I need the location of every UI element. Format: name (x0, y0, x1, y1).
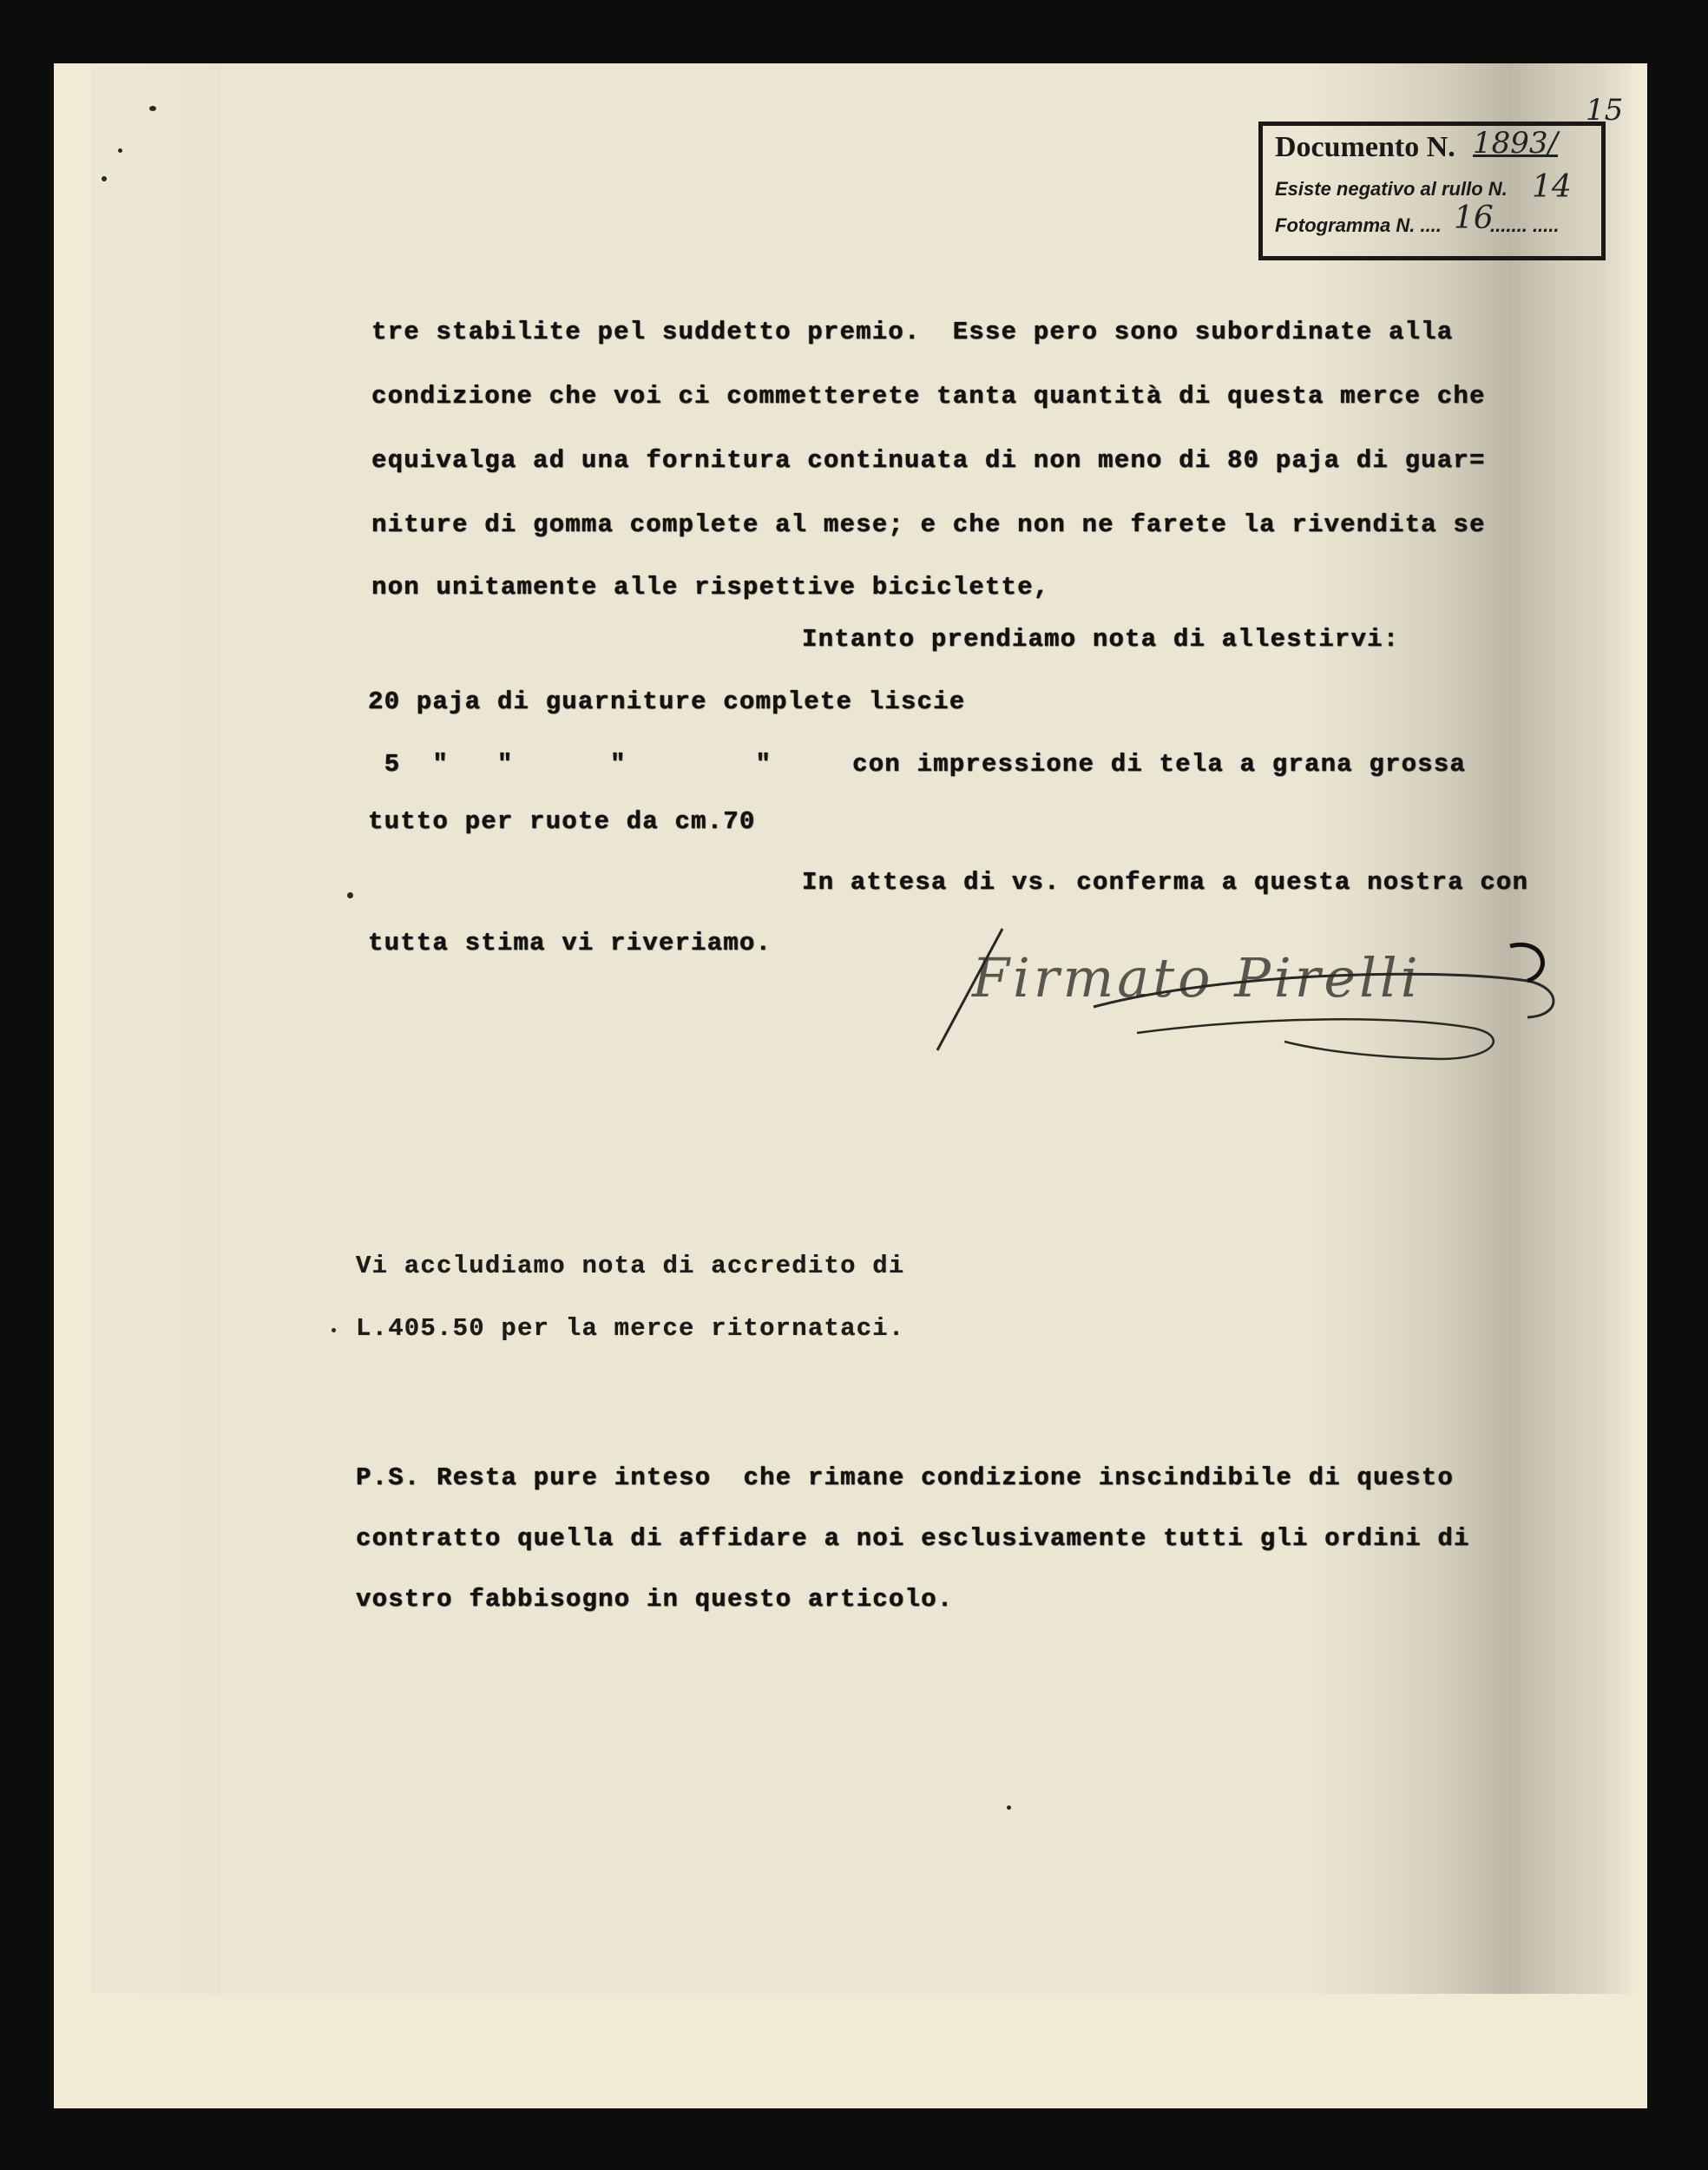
signature: Firmato Pirelli (920, 920, 1580, 1076)
document-paper (54, 63, 1647, 2108)
closing-line: tutta stima vi riveriamo. (368, 929, 772, 957)
letter-line: niture di gomma complete al mese; e che … (371, 510, 1486, 539)
signature-text: Firmato Pirelli (972, 946, 1422, 1009)
speck (149, 106, 156, 111)
stamp-roll-number: 14 (1532, 169, 1572, 205)
order-item: tutto per ruote da cm.70 (368, 807, 755, 836)
speck (102, 176, 107, 181)
enclosure-line: Vi accludiamo nota di accredito di (356, 1252, 905, 1280)
enclosure-line: L.405.50 per la merce ritornataci. (356, 1314, 905, 1343)
stamp-photogram-number: 16 (1454, 201, 1494, 236)
order-intro: Intanto prendiamo nota di allestirvi: (802, 625, 1399, 654)
archive-stamp: Documento N. 1893/ 15 Esiste negativo al… (1258, 122, 1606, 260)
stamp-negative-text: Esiste negativo al rullo N. (1275, 178, 1508, 200)
closing-line: In attesa di vs. conferma a questa nostr… (802, 868, 1528, 897)
postscript-line: P.S. Resta pure inteso che rimane condiz… (356, 1463, 1454, 1492)
speck (347, 892, 353, 898)
order-item: 5 " " " " con impressione di tela a gran… (368, 750, 1466, 779)
stamp-photogram-label: Fotogramma N. .... ....... ..... (1275, 214, 1560, 237)
speck (1007, 1805, 1011, 1810)
speck (118, 148, 122, 153)
order-item: 20 paja di guarniture complete liscie (368, 687, 965, 716)
stamp-title-text: Documento N. (1275, 131, 1455, 163)
stamp-photogram-text: Fotogramma N. .... (1275, 214, 1442, 236)
letter-line: condizione che voi ci commetterete tanta… (371, 382, 1486, 411)
stamp-document-label: Documento N. (1275, 131, 1455, 164)
paper-shading (91, 63, 221, 1994)
letter-line: non unitamente alle rispettive biciclett… (371, 573, 1049, 602)
postscript-line: vostro fabbisogno in questo articolo. (356, 1585, 953, 1614)
stamp-negative-label: Esiste negativo al rullo N. (1275, 178, 1508, 201)
stamp-photogram-dots: ....... ..... (1490, 214, 1559, 236)
postscript-line: contratto quella di affidare a noi esclu… (356, 1524, 1470, 1553)
letter-line: equivalga ad una fornitura continuata di… (371, 446, 1486, 475)
stamp-document-number: 1893/ (1473, 126, 1558, 161)
stamp-document-suffix: 15 (1586, 93, 1623, 128)
letter-line: tre stabilite pel suddetto premio. Esse … (371, 318, 1453, 346)
speck (332, 1328, 336, 1332)
